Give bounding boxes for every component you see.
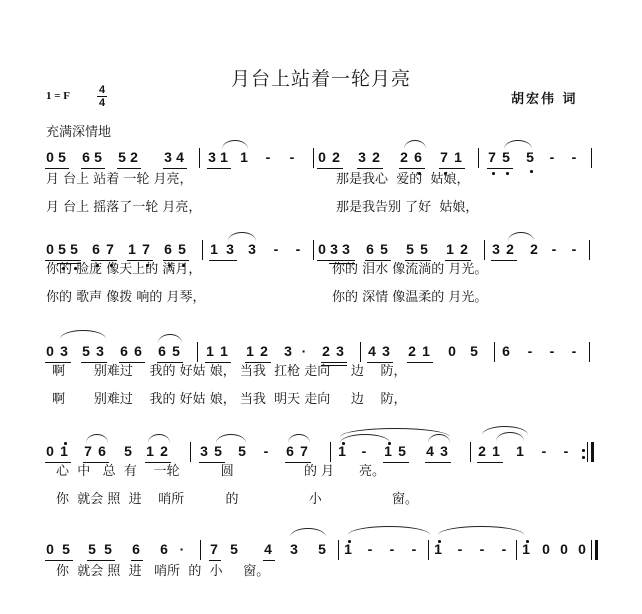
tie: [228, 232, 256, 241]
note: 1: [421, 343, 431, 359]
tie: [158, 334, 182, 343]
note: 1: [127, 241, 137, 257]
dash-extension: -: [547, 149, 557, 165]
note: 1: [205, 343, 215, 359]
lyricist-credit: 胡宏伟 词: [511, 88, 578, 107]
note: 4: [367, 343, 377, 359]
dash-extension: -: [547, 343, 557, 359]
note: 6: [365, 241, 375, 257]
lyric-line: 那是我告别 了好 姑娘，: [336, 200, 478, 216]
bar-line: [338, 540, 339, 560]
note: 7: [141, 241, 151, 257]
note: 7: [487, 149, 497, 165]
beam: [117, 168, 141, 169]
note: 1: [219, 149, 229, 165]
beam: [45, 462, 71, 463]
bar-line: [494, 342, 495, 362]
low-octave-dot: [444, 172, 447, 175]
note: 0: [559, 541, 569, 557]
note: 3: [225, 241, 235, 257]
tie: [148, 434, 170, 443]
note: 2: [477, 443, 487, 459]
note: 0: [577, 541, 587, 557]
lyric-line: 你的 泪水 像流淌的 月光。: [332, 262, 487, 278]
note: 6: [159, 541, 169, 557]
note: 0: [317, 149, 327, 165]
dash-extension: -: [293, 241, 303, 257]
lyric-line: 你的 脸庞 像天上的 满月，: [46, 262, 201, 278]
bar-line: [484, 240, 485, 260]
note: 2: [129, 149, 139, 165]
dash-extension: -: [263, 149, 273, 165]
note: 5: [69, 241, 79, 257]
bar-line: [330, 442, 331, 462]
note: 2: [407, 343, 417, 359]
low-octave-dot: [418, 172, 421, 175]
bar-line: [428, 540, 429, 560]
repeat-dot: [582, 449, 585, 452]
dash-extension: -: [455, 541, 465, 557]
note: 3: [329, 241, 339, 257]
beam: [209, 260, 237, 261]
lyric-line: 你的 深情 像温柔的 月光。: [332, 290, 487, 306]
note: 1: [59, 443, 69, 459]
beam: [119, 362, 145, 363]
beam: [199, 462, 225, 463]
note: 7: [105, 241, 115, 257]
beam: [321, 362, 347, 363]
beam: [317, 168, 343, 169]
tie: [288, 434, 310, 443]
lyric-line: 月 台上 摇落了一轮 月亮，: [46, 200, 201, 216]
dash-extension: -: [359, 443, 369, 459]
note: 5: [103, 541, 113, 557]
low-octave-dot: [96, 264, 99, 267]
beam: [245, 362, 271, 363]
high-octave-dot: [388, 442, 391, 445]
bar-line: [589, 240, 590, 260]
note: 1: [445, 241, 455, 257]
beam: [425, 462, 451, 463]
beam: [317, 260, 355, 261]
note: 7: [299, 443, 309, 459]
note: 0: [45, 241, 55, 257]
beam: [163, 168, 187, 169]
note: 0: [447, 343, 457, 359]
lyric-line: 你 就会 照 进 哨所 的 小 窗。: [56, 492, 418, 508]
tie: [348, 526, 430, 535]
beam: [45, 260, 81, 261]
note: 6: [501, 343, 511, 359]
note: 6: [119, 343, 129, 359]
low-octave-dot: [110, 264, 113, 267]
beam: [445, 260, 471, 261]
dash-extension: -: [569, 149, 579, 165]
augmentation-dot: ·: [299, 343, 309, 359]
note: 1: [515, 443, 525, 459]
dash-extension: -: [261, 443, 271, 459]
beam: [263, 560, 275, 561]
bar-line: [197, 342, 198, 362]
beam: [383, 462, 409, 463]
time-signature: 4 4: [96, 84, 108, 109]
dash-extension: -: [549, 241, 559, 257]
tie: [222, 140, 248, 149]
dash-extension: -: [569, 241, 579, 257]
note: 5: [229, 541, 239, 557]
augmentation-dot: ·: [177, 541, 187, 557]
slur: [60, 330, 106, 339]
beam: [407, 362, 433, 363]
bar-line: [470, 442, 471, 462]
note: 1: [491, 443, 501, 459]
note: 2: [331, 149, 341, 165]
low-octave-dot: [146, 264, 149, 267]
note: 6: [163, 241, 173, 257]
note: 2: [321, 343, 331, 359]
key-signature: 1 = F: [46, 90, 70, 102]
note: 5: [57, 241, 67, 257]
beam: [487, 168, 513, 169]
note: 0: [45, 541, 55, 557]
note: 2: [459, 241, 469, 257]
bar-line: [200, 540, 201, 560]
note: 7: [209, 541, 219, 557]
note: 5: [397, 443, 407, 459]
dash-extension: -: [387, 541, 397, 557]
bar-line: [199, 148, 200, 168]
tie: [216, 434, 246, 443]
beam: [83, 462, 109, 463]
beam: [357, 168, 383, 169]
beam: [365, 260, 391, 261]
beam: [285, 462, 311, 463]
note: 5: [525, 149, 535, 165]
note: 3: [381, 343, 391, 359]
lyric-line: 月 台上 站着 一轮 月亮，: [46, 172, 193, 188]
note: 6: [131, 541, 141, 557]
final-bar-thick: [595, 540, 598, 560]
note: 1: [337, 443, 347, 459]
time-signature-bottom: 4: [99, 97, 105, 109]
beam: [157, 362, 183, 363]
note: 1: [145, 443, 155, 459]
low-octave-dot: [506, 172, 509, 175]
beam: [87, 560, 115, 561]
lyric-line: 心 中 总 有 一轮 圆 的 月 亮。: [56, 464, 385, 480]
note: 3: [289, 541, 299, 557]
note: 5: [213, 443, 223, 459]
note: 3: [491, 241, 501, 257]
note: 6: [91, 241, 101, 257]
note: 0: [45, 443, 55, 459]
note: 1: [209, 241, 219, 257]
tie: [508, 232, 534, 241]
note: 0: [541, 541, 551, 557]
repeat-bar-thin: [587, 442, 588, 462]
note: 5: [177, 241, 187, 257]
note: 3: [247, 241, 257, 257]
time-signature-top: 4: [99, 84, 105, 96]
beam: [127, 260, 153, 261]
note: 6: [285, 443, 295, 459]
beam: [405, 260, 431, 261]
note: 7: [439, 149, 449, 165]
low-octave-dot: [62, 267, 65, 270]
lyric-line: 那是我心 爱的 姑娘，: [336, 172, 470, 188]
low-octave-dot: [168, 264, 171, 267]
beam: [45, 362, 71, 363]
note: 3: [59, 343, 69, 359]
bar-line: [589, 342, 590, 362]
note: 3: [199, 443, 209, 459]
high-octave-dot: [64, 442, 67, 445]
dash-extension: -: [569, 343, 579, 359]
bar-line: [478, 148, 479, 168]
note: 6: [413, 149, 423, 165]
note: 2: [399, 149, 409, 165]
beam: [45, 560, 73, 561]
note: 4: [425, 443, 435, 459]
note: 3: [357, 149, 367, 165]
high-octave-dot: [348, 540, 351, 543]
bar-line: [190, 442, 191, 462]
note: 5: [171, 343, 181, 359]
tie: [86, 434, 108, 443]
note: 3: [95, 343, 105, 359]
note: 0: [317, 241, 327, 257]
tie: [504, 140, 532, 149]
low-octave-dot: [182, 264, 185, 267]
bar-line: [313, 148, 314, 168]
repeat-bar-thick: [591, 442, 594, 462]
beam: [209, 560, 221, 561]
lyric-line: 你 就会 照 进 哨所 的 小 窗。: [56, 564, 269, 580]
bar-line: [202, 240, 203, 260]
note: 1: [521, 541, 531, 557]
dash-extension: -: [499, 541, 509, 557]
high-octave-dot: [526, 540, 529, 543]
note: 3: [163, 149, 173, 165]
note: 5: [405, 241, 415, 257]
beam: [399, 168, 425, 169]
dash-extension: -: [287, 149, 297, 165]
note: 1: [453, 149, 463, 165]
tempo-marking: 充满深情地: [46, 121, 111, 140]
beam: [321, 365, 347, 366]
note: 5: [379, 241, 389, 257]
bar-line: [591, 148, 592, 168]
beam: [57, 263, 81, 264]
tie: [404, 140, 426, 149]
beam: [207, 168, 231, 169]
beam: [145, 462, 171, 463]
dash-extension: -: [477, 541, 487, 557]
note: 1: [383, 443, 393, 459]
note: 6: [97, 443, 107, 459]
lyric-line: 啊 别难过 我的 好姑 娘， 当我 明天 走向 边 防，: [52, 392, 406, 408]
note: 5: [93, 149, 103, 165]
note: 3: [439, 443, 449, 459]
note: 6: [157, 343, 167, 359]
low-octave-dot: [492, 172, 495, 175]
note: 1: [433, 541, 443, 557]
dash-extension: -: [271, 241, 281, 257]
note: 0: [45, 343, 55, 359]
note: 5: [81, 343, 91, 359]
beam: [81, 168, 105, 169]
high-octave-dot: [438, 540, 441, 543]
beam: [81, 362, 107, 363]
dash-extension: -: [525, 343, 535, 359]
note: 6: [133, 343, 143, 359]
beam: [367, 362, 393, 363]
note: 2: [371, 149, 381, 165]
bar-line: [360, 342, 361, 362]
tie: [438, 526, 524, 535]
lyric-line: 你的 歌声 像拨 响的 月琴，: [46, 290, 206, 306]
note: 5: [61, 541, 71, 557]
note: 5: [57, 149, 67, 165]
lyric-line: 啊 别难过 我的 好姑 娘， 当我 扛枪 走向 边 防，: [52, 364, 406, 380]
note: 2: [259, 343, 269, 359]
note: 1: [219, 343, 229, 359]
note: 5: [501, 149, 511, 165]
beam: [205, 362, 231, 363]
note: 5: [87, 541, 97, 557]
dash-extension: -: [409, 541, 419, 557]
note: 5: [123, 443, 133, 459]
note: 3: [207, 149, 217, 165]
tie: [290, 528, 326, 537]
note: 2: [159, 443, 169, 459]
bar-line: [516, 540, 517, 560]
note: 3: [341, 241, 351, 257]
dash-extension: -: [561, 443, 571, 459]
note: 5: [419, 241, 429, 257]
note: 0: [45, 149, 55, 165]
note: 2: [529, 241, 539, 257]
note: 1: [239, 149, 249, 165]
final-bar-thin: [591, 540, 592, 560]
note: 1: [343, 541, 353, 557]
beam: [477, 462, 503, 463]
beam: [91, 260, 117, 261]
repeat-dot: [582, 456, 585, 459]
dash-extension: -: [539, 443, 549, 459]
low-octave-dot: [74, 267, 77, 270]
beam: [163, 260, 189, 261]
beam: [491, 260, 517, 261]
note: 4: [175, 149, 185, 165]
beam: [329, 263, 355, 264]
bar-line: [313, 240, 314, 260]
note: 5: [117, 149, 127, 165]
note: 7: [83, 443, 93, 459]
beam: [131, 560, 143, 561]
low-octave-dot: [530, 170, 533, 173]
note: 6: [81, 149, 91, 165]
note: 3: [335, 343, 345, 359]
note: 5: [317, 541, 327, 557]
beam: [439, 168, 465, 169]
note: 3: [283, 343, 293, 359]
note: 5: [469, 343, 479, 359]
dash-extension: -: [365, 541, 375, 557]
note: 4: [263, 541, 273, 557]
note: 2: [505, 241, 515, 257]
note: 5: [237, 443, 247, 459]
note: 1: [245, 343, 255, 359]
beam: [45, 168, 69, 169]
